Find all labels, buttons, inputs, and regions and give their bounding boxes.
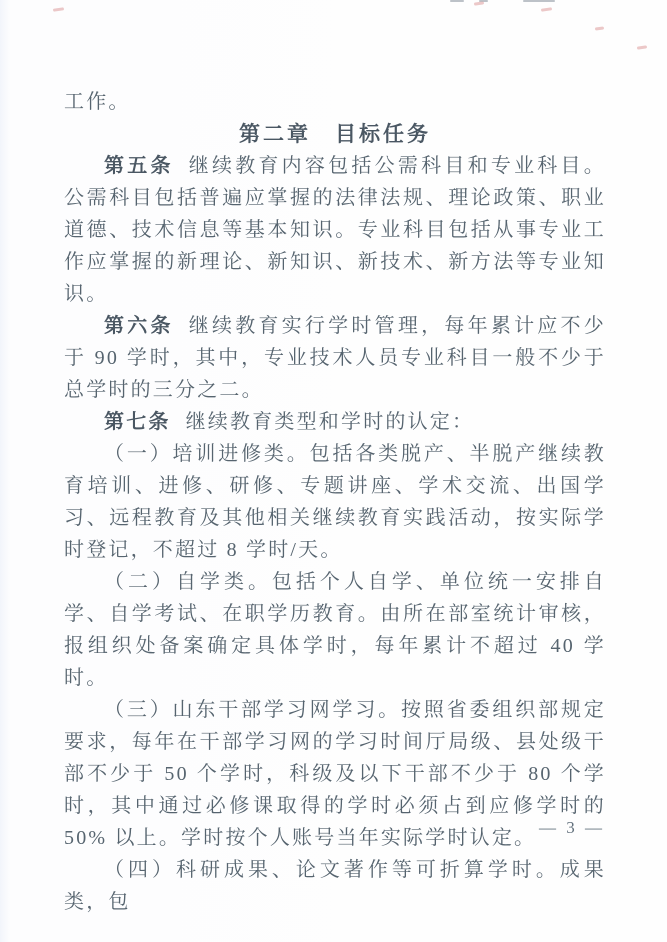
red-mark-artifact xyxy=(474,1,484,5)
item-1: （一）培训进修类。包括各类脱产、半脱产继续教育培训、进修、研修、专题讲座、学术交… xyxy=(64,438,606,566)
article-6-number: 第六条 xyxy=(104,315,174,337)
article-5-text: 继续教育内容包括公需科目和专业科目。公需科目包括普遍应掌握的法律法规、理论政策、… xyxy=(64,155,606,305)
item-2: （二）自学类。包括个人自学、单位统一安排自学、自学考试、在职学历教育。由所在部室… xyxy=(64,566,606,694)
red-mark-artifact xyxy=(53,7,64,12)
article-5: 第五条继续教育内容包括公需科目和专业科目。公需科目包括普遍应掌握的法律法规、理论… xyxy=(64,150,606,310)
item-4: （四）科研成果、论文著作等可折算学时。成果类，包 xyxy=(64,854,606,918)
article-7-number: 第七条 xyxy=(104,411,171,433)
paragraph-continuation: 工作。 xyxy=(64,86,606,118)
chapter-heading: 第二章 目标任务 xyxy=(64,118,606,150)
scanned-document-page: 工作。 第二章 目标任务 第五条继续教育内容包括公需科目和专业科目。公需科目包括… xyxy=(0,0,667,942)
red-mark-artifact xyxy=(541,7,552,12)
scan-edge-artifact xyxy=(450,0,464,2)
red-mark-artifact xyxy=(595,26,604,30)
page-number: — 3 — xyxy=(0,818,605,838)
red-mark-artifact xyxy=(637,45,647,49)
article-7: 第七条继续教育类型和学时的认定： xyxy=(64,406,606,438)
document-body: 工作。 第二章 目标任务 第五条继续教育内容包括公需科目和专业科目。公需科目包括… xyxy=(64,86,606,918)
scan-edge-artifact xyxy=(523,0,555,2)
article-7-text: 继续教育类型和学时的认定： xyxy=(186,411,475,433)
article-6: 第六条继续教育实行学时管理，每年累计应不少于 90 学时，其中，专业技术人员专业… xyxy=(64,310,606,406)
article-5-number: 第五条 xyxy=(104,155,174,177)
